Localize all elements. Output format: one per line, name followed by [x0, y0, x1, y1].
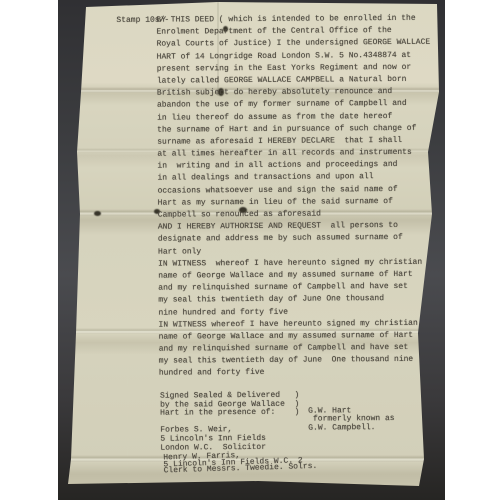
attestation-block: Signed Sealed & Delivered )by the said G…: [160, 392, 300, 453]
deed-body-text: BY THIS DEED ( which is intended to be e…: [156, 13, 432, 381]
text-line: G.W. Campbell.: [308, 424, 394, 433]
typewritten-text-layer: Stamp 10s/- BY THIS DEED ( which is inte…: [56, 0, 446, 500]
witness-signature: G.W. Hart formerly known asG.W. Campbell…: [308, 407, 395, 433]
photo-background: Stamp 10s/- BY THIS DEED ( which is inte…: [58, 0, 445, 500]
text-line: Hart in the presence of: ): [160, 409, 299, 419]
text-line: hundred and forty five: [159, 366, 433, 380]
text-line: in writing and in all actions and procee…: [157, 159, 431, 173]
text-line: Clerk to Messrs. Tweedie. Solrs.: [164, 464, 318, 475]
text-line: and my relinquished surname of Campbell …: [158, 281, 432, 295]
photo-frame: Stamp 10s/- BY THIS DEED ( which is inte…: [0, 0, 500, 500]
text-line: Hart as my surname in lieu of the said s…: [158, 196, 432, 210]
text-line: my seal this twentieth day of June One t…: [159, 354, 433, 368]
clerk-attestation: Henry W. Farris,5 Lincoln's Inn Fields W…: [163, 451, 317, 475]
text-line: designate and address me by such assumed…: [158, 232, 432, 246]
